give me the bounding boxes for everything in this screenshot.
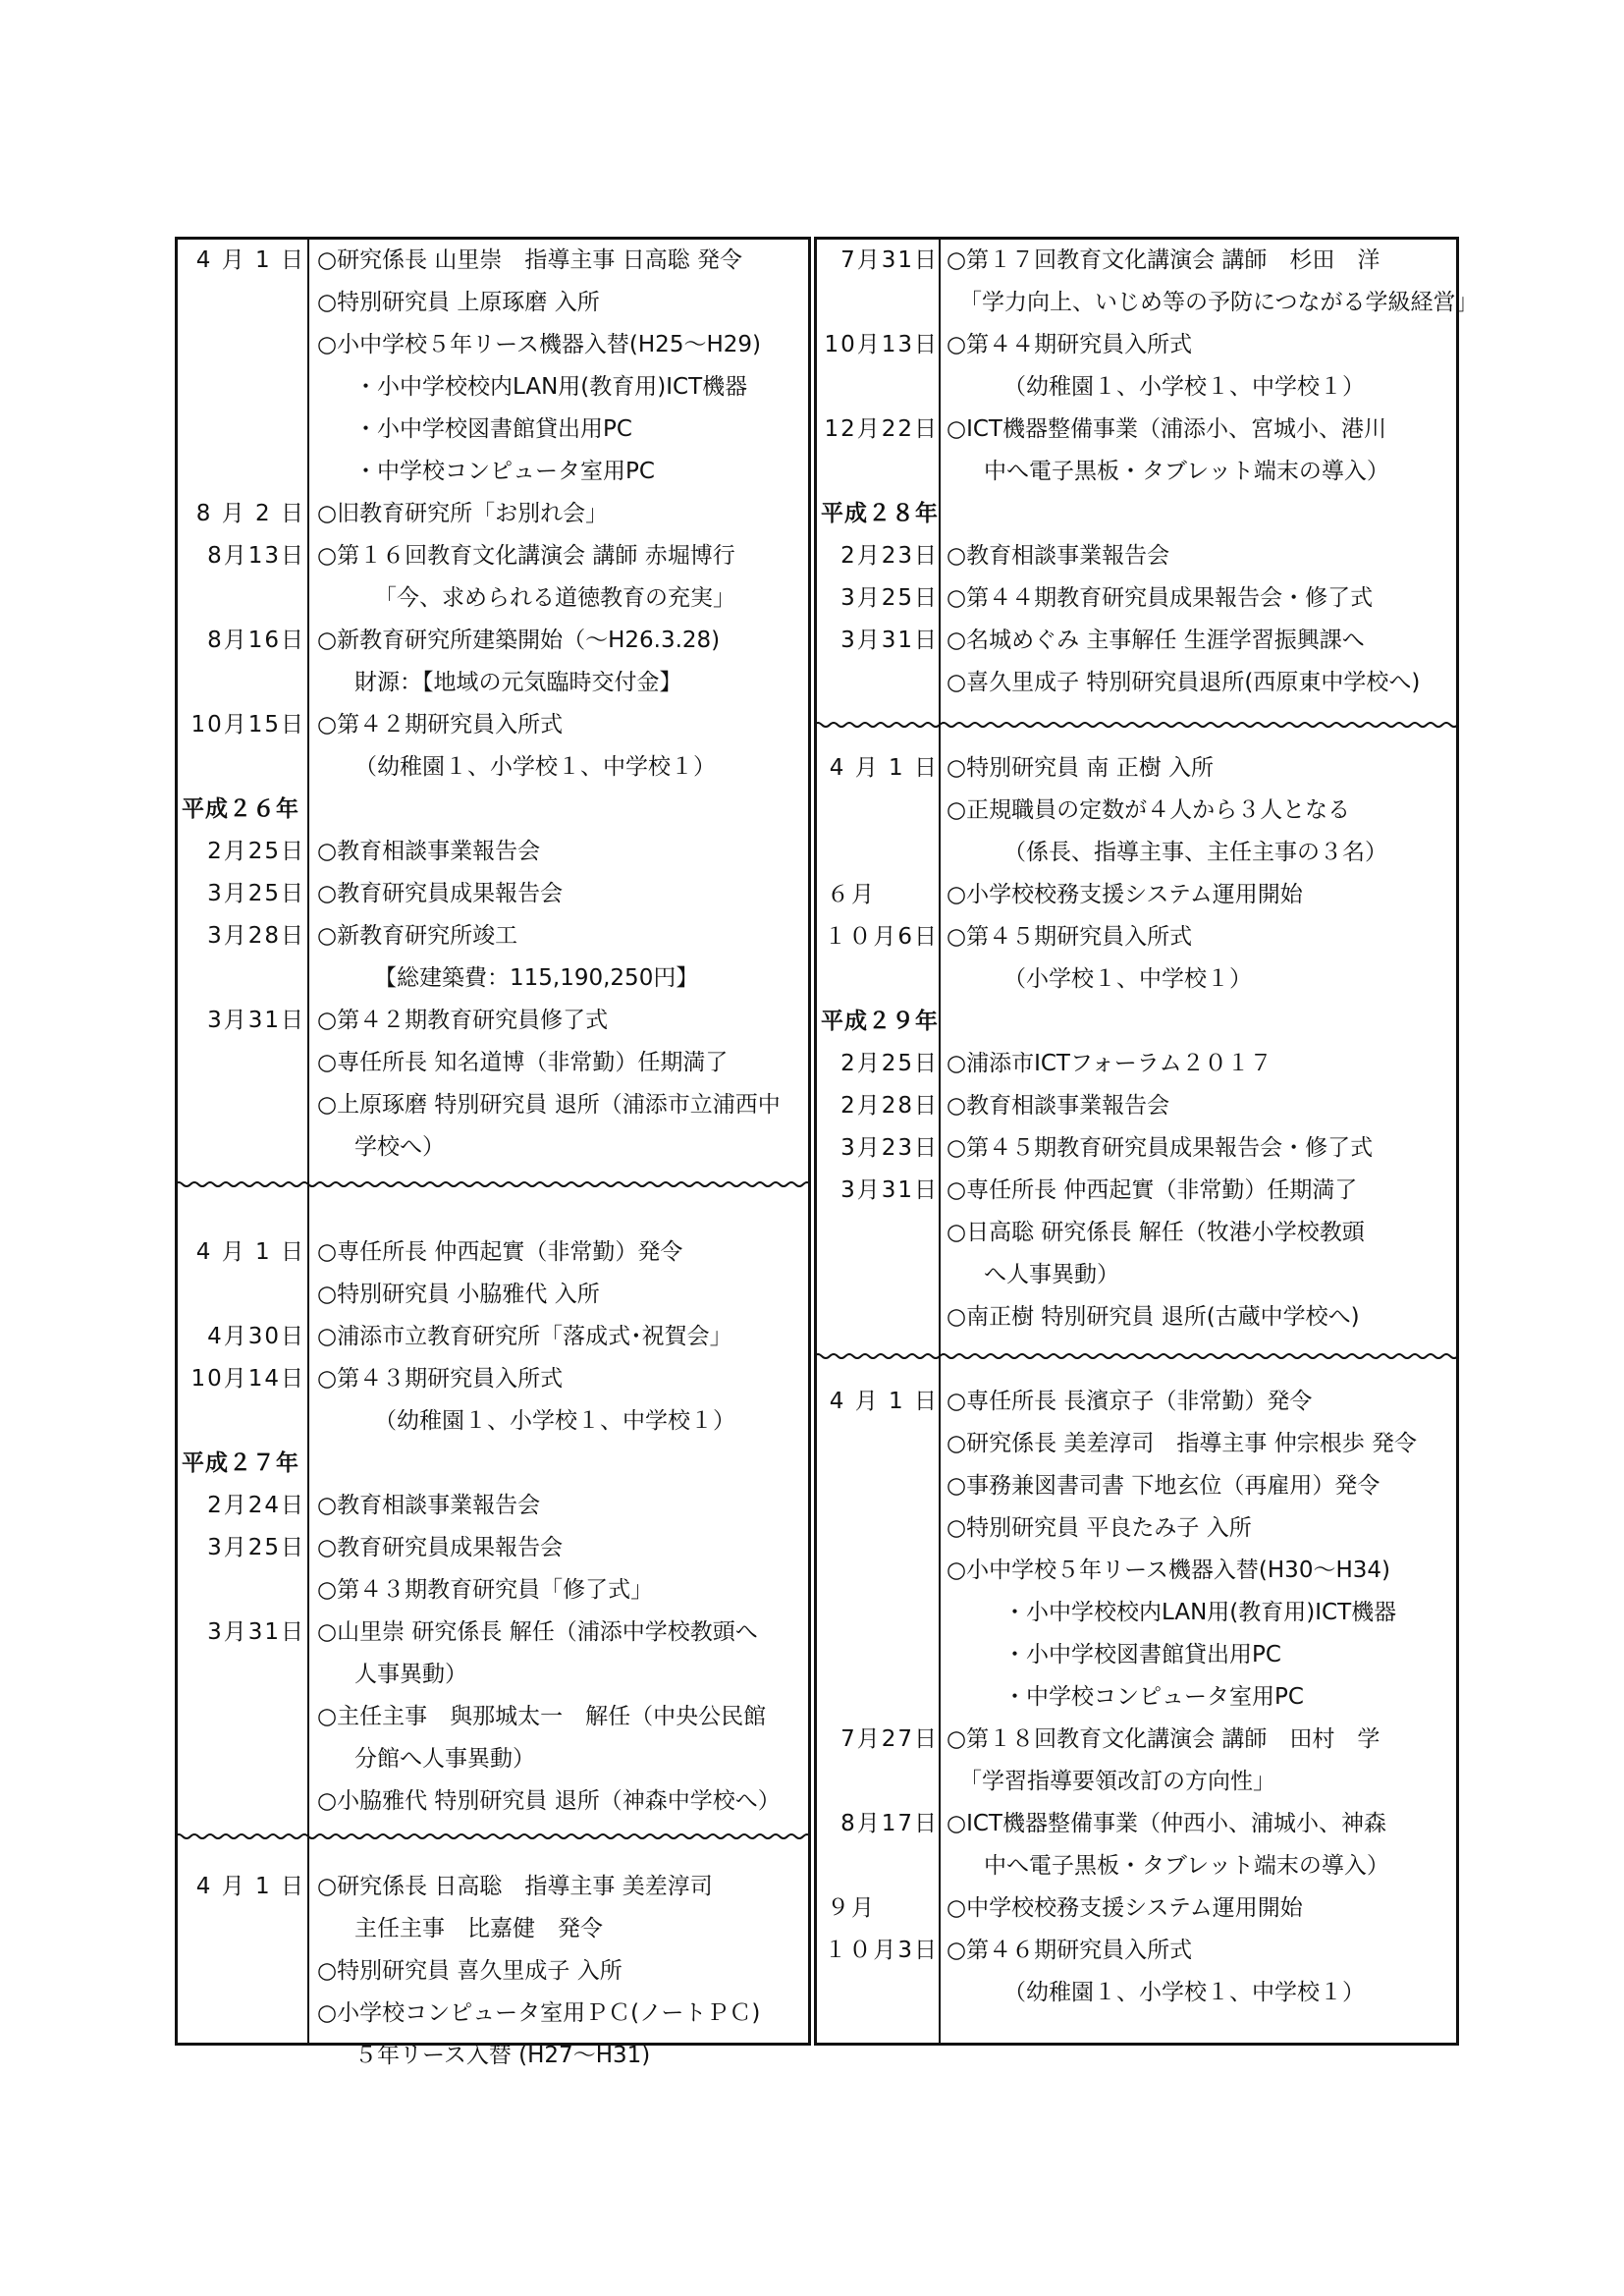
date-cell: １０月6日 xyxy=(821,916,939,958)
table-row: 「学習指導要領改訂の方向性」 xyxy=(817,1761,1456,1803)
table-row: 8月17日○ICT機器整備事業（仲西小、浦城小、神森 xyxy=(817,1803,1456,1845)
year-row: 平成２９年 xyxy=(817,1001,1456,1043)
event-text: ○新教育研究所竣工 xyxy=(317,915,517,957)
event-text: ○専任所長 長濱京子（非常勤）発令 xyxy=(947,1381,1312,1423)
table-row: 3月28日○新教育研究所竣工 xyxy=(178,915,808,957)
event-text: ○教育研究員成果報告会 xyxy=(317,873,563,915)
date-cell: 4 月 1 日 xyxy=(182,1866,305,1908)
table-row: （幼稚園１、小学校１、中学校１） xyxy=(817,366,1456,409)
table-row: ６月○小学校校務支援システム運用開始 xyxy=(817,874,1456,916)
table-row: 主任主事 比嘉健 発令 xyxy=(178,1908,808,1950)
date-cell: 4 月 1 日 xyxy=(821,1381,939,1423)
table-row: 8月13日○第１６回教育文化講演会 講師 赤堀博行 xyxy=(178,535,808,577)
wavy-separator xyxy=(814,721,1459,729)
year-label: 平成２７年 xyxy=(182,1443,305,1485)
table-row: 10月15日○第４２期研究員入所式 xyxy=(178,704,808,746)
event-text: ○小中学校５年リース機器入替(H30～H34) xyxy=(947,1550,1390,1592)
event-text: ○特別研究員 上原琢磨 入所 xyxy=(317,282,600,324)
table-row: ・小中学校図書館貸出用PC xyxy=(817,1634,1456,1676)
event-text-continued: 中へ電子黒板・タブレット端末の導入） xyxy=(984,1845,1389,1887)
table-row: ○南正樹 特別研究員 退所(古蔵中学校へ) xyxy=(817,1296,1456,1339)
table-row: ５年リース入替 (H27～H31) xyxy=(178,2035,808,2077)
sub-item-text: （幼稚園１、小学校１、中学校１） xyxy=(354,746,716,789)
event-text: ○第４６期研究員入所式 xyxy=(947,1930,1192,1972)
table-row: ・小中学校校内LAN用(教育用)ICT機器 xyxy=(817,1592,1456,1634)
event-text: ○新教育研究所建築開始（～H26.3.28) xyxy=(317,620,720,662)
date-cell: 3月25日 xyxy=(182,873,305,915)
table-row: （小学校１、中学校１） xyxy=(817,958,1456,1001)
table-row: ○研究係長 美差淳司 指導主事 仲宗根歩 発令 xyxy=(817,1423,1456,1465)
table-row: 10月13日○第４４期研究員入所式 xyxy=(817,324,1456,366)
event-text: ○事務兼図書司書 下地玄位（再雇用）発令 xyxy=(947,1465,1380,1507)
date-cell: 4 月 1 日 xyxy=(182,240,305,282)
event-text: ○第１７回教育文化講演会 講師 杉田 洋 xyxy=(947,240,1380,282)
date-cell: 3月25日 xyxy=(821,577,939,620)
table-row: 3月31日○第４２期教育研究員修了式 xyxy=(178,1000,808,1042)
table-row: （幼稚園１、小学校１、中学校１） xyxy=(817,1972,1456,2014)
event-text: ○特別研究員 平良たみ子 入所 xyxy=(947,1507,1252,1550)
event-text-continued: へ人事異動） xyxy=(984,1254,1119,1296)
table-row: 分館へ人事異動） xyxy=(178,1738,808,1780)
wavy-separator xyxy=(814,1352,1459,1360)
date-cell: 3月28日 xyxy=(182,915,305,957)
date-cell: 8 月 2 日 xyxy=(182,493,305,535)
sub-item-text: ・中学校コンピュータ室用PC xyxy=(354,451,655,493)
event-text: ○正規職員の定数が４人から３人となる xyxy=(947,790,1350,832)
table-row: ○特別研究員 喜久里成子 入所 xyxy=(178,1950,808,1993)
event-text: ○第４３期教育研究員「修了式」 xyxy=(317,1569,653,1612)
table-row: ○特別研究員 上原琢磨 入所 xyxy=(178,282,808,324)
event-text: ○第１６回教育文化講演会 講師 赤堀博行 xyxy=(317,535,735,577)
event-text: ○専任所長 仲西起實（非常勤）発令 xyxy=(317,1231,682,1274)
event-text: ○ICT機器整備事業（仲西小、浦城小、神森 xyxy=(947,1803,1386,1845)
table-row: 4 月 1 日○専任所長 仲西起實（非常勤）発令 xyxy=(178,1231,808,1274)
event-text-continued: 人事異動） xyxy=(354,1654,467,1696)
event-text: ○教育相談事業報告会 xyxy=(947,1085,1169,1127)
table-row: １０月3日○第４６期研究員入所式 xyxy=(817,1930,1456,1972)
event-text: ○浦添市ICTフォーラム２０１７ xyxy=(947,1043,1272,1085)
table-row: ○小中学校５年リース機器入替(H25～H29) xyxy=(178,324,808,366)
year-label: 平成２６年 xyxy=(182,789,305,831)
table-row: （係長、指導主事、主任主事の３名） xyxy=(817,832,1456,874)
table-row: （幼稚園１、小学校１、中学校１） xyxy=(178,746,808,789)
date-cell: ６月 xyxy=(827,874,945,916)
table-row: 7月27日○第１８回教育文化講演会 講師 田村 学 xyxy=(817,1719,1456,1761)
table-row: 「今、求められる道徳教育の充実」 xyxy=(178,577,808,620)
table-row: 【総建築費：115,190,250円】 xyxy=(178,957,808,1000)
table-row: ○特別研究員 平良たみ子 入所 xyxy=(817,1507,1456,1550)
table-row: 2月24日○教育相談事業報告会 xyxy=(178,1485,808,1527)
date-cell: 7月27日 xyxy=(821,1719,939,1761)
table-row: ○専任所長 知名道博（非常勤）任期満了 xyxy=(178,1042,808,1084)
table-row: 8月16日○新教育研究所建築開始（～H26.3.28) xyxy=(178,620,808,662)
event-text: ○中学校校務支援システム運用開始 xyxy=(947,1887,1303,1930)
date-cell: 10月14日 xyxy=(182,1358,305,1400)
event-text: ○小学校校務支援システム運用開始 xyxy=(947,874,1303,916)
sub-item-text: （幼稚園１、小学校１、中学校１） xyxy=(1003,366,1365,409)
year-label: 平成２８年 xyxy=(821,493,939,535)
event-text: ○教育研究員成果報告会 xyxy=(317,1527,563,1569)
table-row: 12月22日○ICT機器整備事業（浦添小、宮城小、港川 xyxy=(817,409,1456,451)
date-cell: 3月31日 xyxy=(182,1612,305,1654)
sub-item-text: ・小中学校校内LAN用(教育用)ICT機器 xyxy=(354,366,747,409)
table-row: 2月28日○教育相談事業報告会 xyxy=(817,1085,1456,1127)
table-row: ９月○中学校校務支援システム運用開始 xyxy=(817,1887,1456,1930)
table-row: 10月14日○第４３期研究員入所式 xyxy=(178,1358,808,1400)
table-row: ・小中学校図書館貸出用PC xyxy=(178,409,808,451)
date-cell: ９月 xyxy=(827,1887,945,1930)
table-row: ○喜久里成子 特別研究員退所(西原東中学校へ) xyxy=(817,662,1456,704)
date-cell: 4 月 1 日 xyxy=(821,747,939,790)
event-text: ○小学校コンピュータ室用ＰＣ(ノートＰＣ) xyxy=(317,1993,760,2035)
event-text-continued: 主任主事 比嘉健 発令 xyxy=(354,1908,603,1950)
date-cell: 8月16日 xyxy=(182,620,305,662)
date-cell: 3月31日 xyxy=(821,620,939,662)
event-text: ○研究係長 山里崇 指導主事 日高聡 発令 xyxy=(317,240,742,282)
event-text: ○特別研究員 小脇雅代 入所 xyxy=(317,1274,600,1316)
date-cell: 8月13日 xyxy=(182,535,305,577)
year-row: 平成２８年 xyxy=(817,493,1456,535)
table-row: ○特別研究員 小脇雅代 入所 xyxy=(178,1274,808,1316)
event-text: ○第４２期教育研究員修了式 xyxy=(317,1000,608,1042)
year-row: 平成２７年 xyxy=(178,1443,808,1485)
table-row: 中へ電子黒板・タブレット端末の導入） xyxy=(817,451,1456,493)
table-row: 3月23日○第４５期教育研究員成果報告会・修了式 xyxy=(817,1127,1456,1170)
event-text-continued: 分館へ人事異動） xyxy=(354,1738,535,1780)
table-row: ○小脇雅代 特別研究員 退所（神森中学校へ） xyxy=(178,1780,808,1823)
date-cell: 10月13日 xyxy=(821,324,939,366)
event-text: ○第１８回教育文化講演会 講師 田村 学 xyxy=(947,1719,1380,1761)
event-text: ○小中学校５年リース機器入替(H25～H29) xyxy=(317,324,761,366)
date-cell: 2月28日 xyxy=(821,1085,939,1127)
sub-item-text: （小学校１、中学校１） xyxy=(1003,958,1252,1001)
history-table-right: 7月31日○第１７回教育文化講演会 講師 杉田 洋 「学力向上、いじめ等の予防に… xyxy=(814,237,1459,2046)
table-row: 財源：【地域の元気臨時交付金】 xyxy=(178,662,808,704)
date-cell: １０月3日 xyxy=(821,1930,939,1972)
table-row: ○正規職員の定数が４人から３人となる xyxy=(817,790,1456,832)
date-cell: 2月23日 xyxy=(821,535,939,577)
table-row: 3月25日○教育研究員成果報告会 xyxy=(178,873,808,915)
event-text: ○ICT機器整備事業（浦添小、宮城小、港川 xyxy=(947,409,1386,451)
event-text: ○第４５期教育研究員成果報告会・修了式 xyxy=(947,1127,1373,1170)
date-cell: 3月31日 xyxy=(182,1000,305,1042)
table-row: ○事務兼図書司書 下地玄位（再雇用）発令 xyxy=(817,1465,1456,1507)
sub-item-text: （幼稚園１、小学校１、中学校１） xyxy=(1003,1972,1365,2014)
year-label: 平成２９年 xyxy=(821,1001,939,1043)
date-cell: 4 月 1 日 xyxy=(182,1231,305,1274)
date-cell: 7月31日 xyxy=(821,240,939,282)
table-row: ・中学校コンピュータ室用PC xyxy=(817,1676,1456,1719)
year-row: 平成２６年 xyxy=(178,789,808,831)
table-row: ○第４３期教育研究員「修了式」 xyxy=(178,1569,808,1612)
table-row: （幼稚園１、小学校１、中学校１） xyxy=(178,1400,808,1443)
table-row: 人事異動） xyxy=(178,1654,808,1696)
event-text: ○教育相談事業報告会 xyxy=(317,831,540,873)
table-row: 学校へ） xyxy=(178,1126,808,1169)
table-row: 4 月 1 日○特別研究員 南 正樹 入所 xyxy=(817,747,1456,790)
date-cell: 2月24日 xyxy=(182,1485,305,1527)
table-row: 中へ電子黒板・タブレット端末の導入） xyxy=(817,1845,1456,1887)
event-text: ○教育相談事業報告会 xyxy=(317,1485,540,1527)
event-text: ○主任主事 與那城太一 解任（中央公民館 xyxy=(317,1696,766,1738)
event-text: ○日高聡 研究係長 解任（牧港小学校教頭 xyxy=(947,1212,1365,1254)
lecture-title: 「学力向上、いじめ等の予防につながる学級経営」 xyxy=(959,282,1479,324)
table-row: 7月31日○第１７回教育文化講演会 講師 杉田 洋 xyxy=(817,240,1456,282)
table-row: 3月31日○山里崇 研究係長 解任（浦添中学校教頭へ xyxy=(178,1612,808,1654)
sub-item-text: ・小中学校図書館貸出用PC xyxy=(354,409,632,451)
table-row: へ人事異動） xyxy=(817,1254,1456,1296)
table-row: ○小中学校５年リース機器入替(H30～H34) xyxy=(817,1550,1456,1592)
event-text: ○特別研究員 喜久里成子 入所 xyxy=(317,1950,623,1993)
table-row: ○主任主事 與那城太一 解任（中央公民館 xyxy=(178,1696,808,1738)
event-text: ○南正樹 特別研究員 退所(古蔵中学校へ) xyxy=(947,1296,1360,1339)
event-text-continued: 学校へ） xyxy=(354,1126,445,1169)
history-table-left: 4 月 1 日○研究係長 山里崇 指導主事 日高聡 発令 ○特別研究員 上原琢磨… xyxy=(175,237,811,2046)
table-row: ・中学校コンピュータ室用PC xyxy=(178,451,808,493)
event-text: ○専任所長 仲西起實（非常勤）任期満了 xyxy=(947,1170,1357,1212)
center-double-line xyxy=(808,237,811,2046)
event-text-continued: ５年リース入替 (H27～H31) xyxy=(354,2035,650,2077)
table-row: 8 月 2 日○旧教育研究所「お別れ会」 xyxy=(178,493,808,535)
event-text: ○第４２期研究員入所式 xyxy=(317,704,563,746)
table-row: 4月30日○浦添市立教育研究所「落成式･祝賀会」 xyxy=(178,1316,808,1358)
date-cell: 3月31日 xyxy=(821,1170,939,1212)
event-text: ○第４５期研究員入所式 xyxy=(947,916,1192,958)
event-text: ○喜久里成子 特別研究員退所(西原東中学校へ) xyxy=(947,662,1420,704)
date-cell: 3月25日 xyxy=(182,1527,305,1569)
sub-item-text: ・小中学校校内LAN用(教育用)ICT機器 xyxy=(1003,1592,1396,1634)
date-cell: 8月17日 xyxy=(821,1803,939,1845)
funding-text: 財源：【地域の元気臨時交付金】 xyxy=(354,662,682,704)
document-page: 4 月 1 日○研究係長 山里崇 指導主事 日高聡 発令 ○特別研究員 上原琢磨… xyxy=(0,0,1624,2296)
date-cell: 2月25日 xyxy=(182,831,305,873)
event-text: ○浦添市立教育研究所「落成式･祝賀会」 xyxy=(317,1316,732,1358)
table-row: 4 月 1 日○研究係長 山里崇 指導主事 日高聡 発令 xyxy=(178,240,808,282)
event-text: ○特別研究員 南 正樹 入所 xyxy=(947,747,1214,790)
table-row: 3月31日○名城めぐみ 主事解任 生涯学習振興課へ xyxy=(817,620,1456,662)
table-row: 3月25日○教育研究員成果報告会 xyxy=(178,1527,808,1569)
date-cell: 2月25日 xyxy=(821,1043,939,1085)
event-text: ○第４４期研究員入所式 xyxy=(947,324,1192,366)
table-row: 3月31日○専任所長 仲西起實（非常勤）任期満了 xyxy=(817,1170,1456,1212)
event-text: ○教育相談事業報告会 xyxy=(947,535,1169,577)
event-text: ○名城めぐみ 主事解任 生涯学習振興課へ xyxy=(947,620,1365,662)
table-row: 2月25日○教育相談事業報告会 xyxy=(178,831,808,873)
table-row: １０月6日○第４５期研究員入所式 xyxy=(817,916,1456,958)
sub-item-text: （幼稚園１、小学校１、中学校１） xyxy=(374,1400,735,1443)
event-text: ○研究係長 日高聡 指導主事 美差淳司 xyxy=(317,1866,713,1908)
event-text: ○第４３期研究員入所式 xyxy=(317,1358,563,1400)
sub-item-text: ・小中学校図書館貸出用PC xyxy=(1003,1634,1281,1676)
event-text-continued: 中へ電子黒板・タブレット端末の導入） xyxy=(984,451,1389,493)
table-row: ○小学校コンピュータ室用ＰＣ(ノートＰＣ) xyxy=(178,1993,808,2035)
date-cell: 10月15日 xyxy=(182,704,305,746)
lecture-title: 「今、求められる道徳教育の充実」 xyxy=(374,577,735,620)
table-row: 4 月 1 日○研究係長 日高聡 指導主事 美差淳司 xyxy=(178,1866,808,1908)
table-row: ○上原琢磨 特別研究員 退所（浦添市立浦西中 xyxy=(178,1084,808,1126)
event-text: ○山里崇 研究係長 解任（浦添中学校教頭へ xyxy=(317,1612,758,1654)
date-cell: 3月23日 xyxy=(821,1127,939,1170)
event-text: ○第４４期教育研究員成果報告会・修了式 xyxy=(947,577,1373,620)
event-text: ○研究係長 美差淳司 指導主事 仲宗根歩 発令 xyxy=(947,1423,1417,1465)
date-cell: 4月30日 xyxy=(182,1316,305,1358)
event-text: ○専任所長 知名道博（非常勤）任期満了 xyxy=(317,1042,728,1084)
event-text: ○旧教育研究所「お別れ会」 xyxy=(317,493,608,535)
table-row: 3月25日○第４４期教育研究員成果報告会・修了式 xyxy=(817,577,1456,620)
lecture-title: 「学習指導要領改訂の方向性」 xyxy=(959,1761,1275,1803)
cost-text: 【総建築費：115,190,250円】 xyxy=(374,957,698,1000)
sub-item-text: （係長、指導主事、主任主事の３名） xyxy=(1003,832,1387,874)
table-row: ・小中学校校内LAN用(教育用)ICT機器 xyxy=(178,366,808,409)
table-row: 「学力向上、いじめ等の予防につながる学級経営」 xyxy=(817,282,1456,324)
wavy-separator xyxy=(175,1832,811,1840)
wavy-separator xyxy=(175,1180,811,1188)
table-row: ○日高聡 研究係長 解任（牧港小学校教頭 xyxy=(817,1212,1456,1254)
sub-item-text: ・中学校コンピュータ室用PC xyxy=(1003,1676,1304,1719)
event-text: ○上原琢磨 特別研究員 退所（浦添市立浦西中 xyxy=(317,1084,781,1126)
table-row: 2月23日○教育相談事業報告会 xyxy=(817,535,1456,577)
event-text: ○小脇雅代 特別研究員 退所（神森中学校へ） xyxy=(317,1780,781,1823)
table-row: 2月25日○浦添市ICTフォーラム２０１７ xyxy=(817,1043,1456,1085)
date-cell: 12月22日 xyxy=(821,409,939,451)
table-row: 4 月 1 日○専任所長 長濱京子（非常勤）発令 xyxy=(817,1381,1456,1423)
